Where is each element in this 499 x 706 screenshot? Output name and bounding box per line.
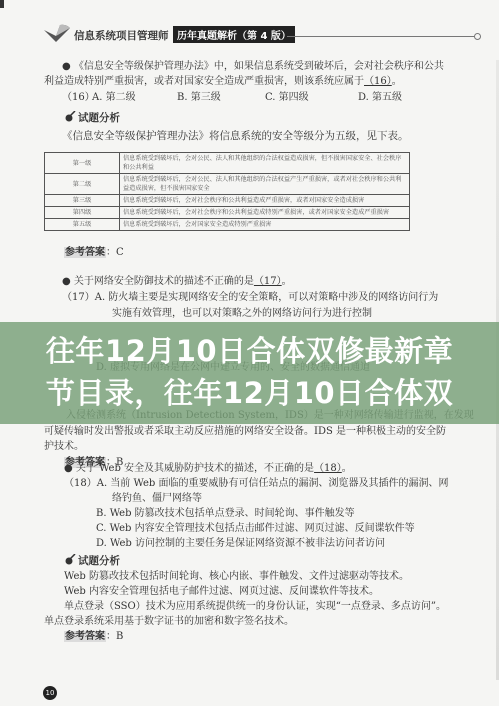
header-rule	[287, 36, 475, 37]
level-desc-cell: 信息系统受到破坏后，会对社会秩序和公共利益造成特别严重损害，或者对国家安全造成严…	[120, 207, 410, 219]
book-logo-icon	[42, 22, 72, 44]
level-cell: 第五级	[45, 219, 120, 231]
q16-stem-line1: ● 《信息安全等级保护管理办法》中，如果信息系统受到破坏后，会对社会秩序和公共	[62, 60, 444, 74]
q18-option-c: C. Web 内容安全管理技术包括点击邮件过滤、网页过滤、反间谍软件等	[96, 522, 415, 536]
answer-label: 参考答案	[64, 247, 106, 258]
q17-option-a-line2: 实施有效管理，也可以对策略之外的网络访问行为进行控制	[112, 307, 372, 321]
answer-value: ：B	[106, 631, 123, 642]
q16-answer: 参考答案：C	[64, 246, 124, 260]
q18-stem-end: 。	[342, 463, 352, 474]
q16-stem-line2: 利益造成特别严重损害，或者对国家安全造成严重损害，则该系统应属于（16）。	[44, 75, 402, 89]
banner-title: 往年12月10日合体双修最新章 节目录，往年12月10日合体双	[0, 322, 499, 414]
q16-blank: （16）	[364, 76, 392, 87]
level-desc-cell: 信息系统受到破坏后，会对社会秩序和公共利益造成严重损害，或者对国家安全造成损害	[120, 195, 410, 207]
page-edge-mark	[0, 0, 4, 8]
book-title: 信息系统项目管理师	[74, 28, 169, 43]
q18-option-b: B. Web 防篡改技术包括单点登录、时间轮询、事件触发等	[96, 507, 355, 521]
banner-line1: 往年12月10日合体双修最新章	[0, 330, 499, 372]
q17-stem-end: 。	[282, 276, 292, 287]
level-desc-cell: 信息系统受到破坏后，会对公民、法人和其他组织的合法权益产生严重损害，或者对社会秩…	[120, 174, 410, 195]
q18-analysis-line1: Web 防篡改技术包括时间轮询、核心内嵌、事件触发、文件过滤驱动等技术。	[64, 570, 409, 584]
level-desc-cell: 信息系统受到破坏后，会对国家安全造成特别严重损害	[120, 219, 410, 231]
analysis-heading-text: 试题分析	[78, 112, 120, 124]
book-subtitle: 历年真题解析（第 4 版）	[173, 26, 295, 43]
level-cell: 第二级	[45, 174, 120, 195]
title-banner: 往年12月10日合体双修最新章 节目录，往年12月10日合体双	[0, 322, 499, 424]
q18-option-d: D. Web 访问控制的主要任务是保证网络资源不被非法访问者访问	[96, 537, 385, 551]
level-desc-cell: 信息系统受到破坏后，会对公民、法人和其他组织的合法权益造成损害，但不损害国家安全…	[120, 153, 410, 174]
header-rule-end-icon	[474, 33, 481, 40]
book-page: 信息系统项目管理师 历年真题解析（第 4 版） ● 《信息安全等级保护管理办法》…	[0, 0, 499, 706]
q17-stem: ● 关于网络安全防御技术的描述不正确的是（17）。	[62, 275, 292, 289]
level-cell: 第三级	[45, 195, 120, 207]
page-number: 10	[43, 686, 57, 700]
level-cell: 第一级	[45, 153, 120, 174]
q18-analysis-line2: Web 内容安全管理包括电子邮件过滤、网页过滤、反间谍软件等技术。	[64, 585, 379, 599]
answer-label: 参考答案	[64, 631, 106, 642]
q16-option-b: B. 第三级	[177, 91, 221, 105]
table-row: 第五级 信息系统受到破坏后，会对国家安全造成特别严重损害	[45, 219, 410, 231]
analysis-heading-text: 试题分析	[78, 555, 120, 567]
security-levels-table: 第一级 信息系统受到破坏后，会对公民、法人和其他组织的合法权益造成损害，但不损害…	[44, 152, 410, 231]
q17-blank: （17）	[254, 276, 282, 287]
q16-option-a: A. 第二级	[92, 91, 136, 105]
level-cell: 第四级	[45, 207, 120, 219]
table-row: 第三级 信息系统受到破坏后，会对社会秩序和公共利益造成严重损害，或者对国家安全造…	[45, 195, 410, 207]
q17-option-a-line1: （17）A. 防火墙主要是实现网络安全的安全策略，可以对策略中涉及的网络访问行为	[62, 291, 438, 305]
table-row: 第一级 信息系统受到破坏后，会对公民、法人和其他组织的合法权益造成损害，但不损害…	[45, 153, 410, 174]
guitar-analysis-icon	[64, 554, 76, 565]
q17-stem-text: ● 关于网络安全防御技术的描述不正确的是	[62, 276, 254, 287]
q18-analysis-heading: 试题分析	[64, 553, 120, 568]
q16-option-d: D. 第五级	[358, 91, 402, 105]
banner-line2: 节目录，往年12月10日合体双	[0, 372, 499, 414]
q18-analysis-line4: 单点登录系统采用基于数字证书的加密和数字签名技术。	[44, 615, 294, 629]
page-header: 信息系统项目管理师 历年真题解析（第 4 版）	[42, 22, 462, 46]
q17-analysis-line2: 可疑传输时发出警报或者采取主动反应措施的网络安全设备。IDS 是一种积极主动的安…	[44, 425, 446, 439]
q18-option-a-line1: （18）A. 当前 Web 面临的重要威胁有可信任站点的漏洞、浏览器及其插件的漏…	[64, 477, 448, 491]
q17-analysis-line3: 护技术。	[44, 440, 84, 454]
table-row: 第四级 信息系统受到破坏后，会对社会秩序和公共利益造成特别严重损害，或者对国家安…	[45, 207, 410, 219]
q16-stem-end: 。	[392, 76, 402, 87]
q16-analysis-text: 《信息安全等级保护管理办法》将信息系统的安全等级分为五级，见下表。	[62, 129, 409, 143]
q16-option-c: C. 第四级	[265, 91, 309, 105]
q18-blank: （18）	[314, 463, 342, 474]
q18-stem-text: ● 关于 Web 安全及其威胁防护技术的描述，不正确的是	[64, 463, 314, 474]
q16-option-num: （16）	[62, 91, 95, 105]
q16-stem-text: 利益造成特别严重损害，或者对国家安全造成严重损害，则该系统应属于	[44, 76, 364, 87]
table-row: 第二级 信息系统受到破坏后，会对公民、法人和其他组织的合法权益产生严重损害，或者…	[45, 174, 410, 195]
q18-option-a-line2: 络钓鱼、僵尸网络等	[112, 492, 202, 506]
q16-analysis-heading: 试题分析	[64, 110, 120, 125]
q18-stem: ● 关于 Web 安全及其威胁防护技术的描述，不正确的是（18）。	[64, 462, 352, 476]
q18-analysis-line3: 单点登录（SSO）技术为应用系统提供统一的身份认证，实现“一点登录、多点访问”。	[64, 600, 446, 614]
q18-answer: 参考答案：B	[64, 630, 123, 644]
answer-value: ：C	[106, 247, 124, 258]
guitar-analysis-icon	[64, 111, 76, 122]
